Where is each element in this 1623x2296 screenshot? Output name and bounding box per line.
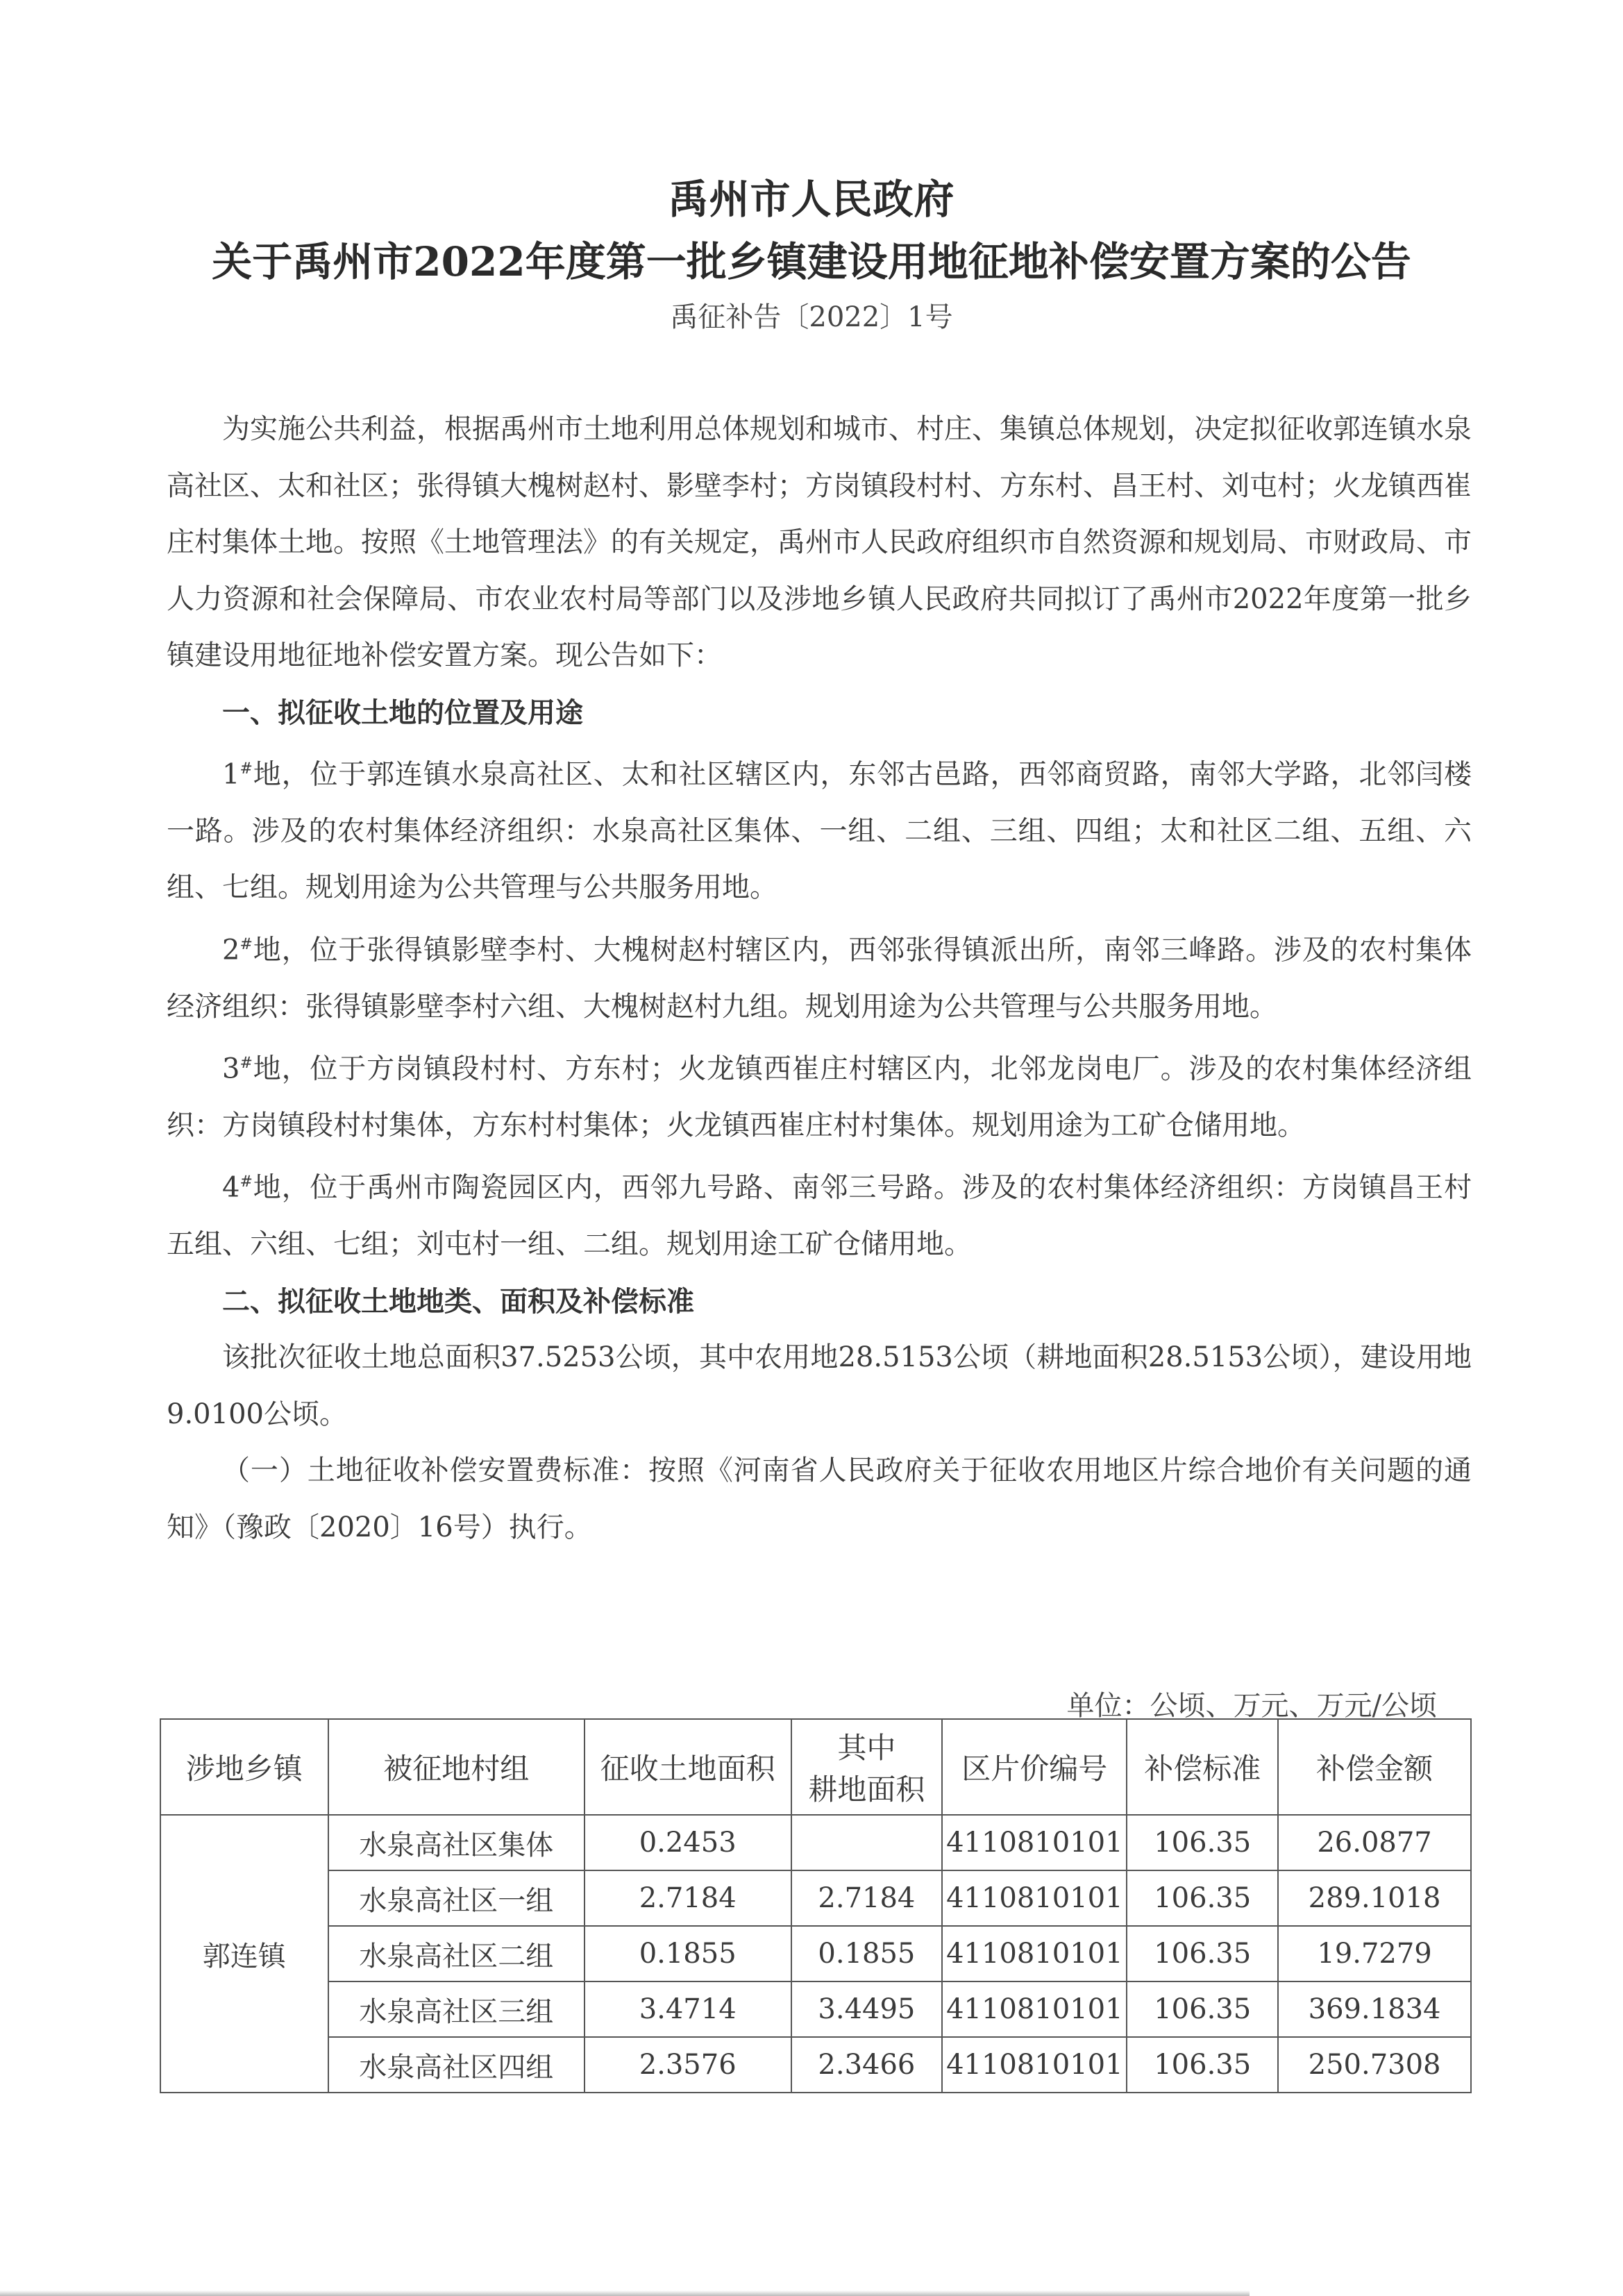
farmland-cell: 2.3466 bbox=[791, 2037, 943, 2093]
notice-title: 关于禹州市2022年度第一批乡镇建设用地征地补偿安置方案的公告 bbox=[0, 229, 1623, 287]
header-town: 涉地乡镇 bbox=[160, 1719, 328, 1815]
code-cell: 4110810101 bbox=[942, 1981, 1127, 2037]
table-unit-label: 单位：公顷、万元、万元/公顷 bbox=[1067, 1684, 1437, 1723]
parcel-2-paragraph: 2#地，位于张得镇影壁李村、大槐树赵村辖区内，西邻张得镇派出所，南邻三峰路。涉及… bbox=[167, 916, 1472, 1035]
area-paragraph: 该批次征收土地总面积37.5253公顷，其中农用地28.5153公顷（耕地面积2… bbox=[167, 1330, 1472, 1443]
header-amount: 补偿金额 bbox=[1278, 1719, 1471, 1815]
header-standard: 补偿标准 bbox=[1127, 1719, 1278, 1815]
parcel-mark: # bbox=[239, 1173, 252, 1191]
standard-paragraph: （一）土地征收补偿安置费标准：按照《河南省人民政府关于征收农用地区片综合地价有关… bbox=[167, 1443, 1472, 1556]
parcel-1-paragraph: 1#地，位于郭连镇水泉高社区、太和社区辖区内，东邻古邑路，西邻商贸路，南邻大学路… bbox=[167, 741, 1472, 916]
amount-cell: 289.1018 bbox=[1278, 1870, 1471, 1926]
parcel-1-text: 地，位于郭连镇水泉高社区、太和社区辖区内，东邻古邑路，西邻商贸路，南邻大学路，北… bbox=[167, 758, 1472, 903]
group-cell: 水泉高社区二组 bbox=[328, 1926, 585, 1981]
amount-cell: 369.1834 bbox=[1278, 1981, 1471, 2037]
section2-heading: 二、拟征收土地地类、面积及补偿标准 bbox=[167, 1273, 1472, 1330]
parcel-3-paragraph: 3#地，位于方岗镇段村村、方东村；火龙镇西崔庄村辖区内，北邻龙岗电厂。涉及的农村… bbox=[167, 1035, 1472, 1154]
table-row: 水泉高社区二组 0.1855 0.1855 4110810101 106.35 … bbox=[160, 1926, 1471, 1981]
table-row: 水泉高社区三组 3.4714 3.4495 4110810101 106.35 … bbox=[160, 1981, 1471, 2037]
code-cell: 4110810101 bbox=[942, 1926, 1127, 1981]
area-cell: 2.7184 bbox=[585, 1870, 791, 1926]
standard-cell: 106.35 bbox=[1127, 1981, 1278, 2037]
standard-cell: 106.35 bbox=[1127, 1815, 1278, 1870]
farmland-cell: 3.4495 bbox=[791, 1981, 943, 2037]
compensation-table: 涉地乡镇 被征地村组 征收土地面积 其中耕地面积 区片价编号 补偿标准 补偿金额… bbox=[160, 1718, 1472, 2093]
table-row: 水泉高社区一组 2.7184 2.7184 4110810101 106.35 … bbox=[160, 1870, 1471, 1926]
farmland-cell: 2.7184 bbox=[791, 1870, 943, 1926]
group-cell: 水泉高社区三组 bbox=[328, 1981, 585, 2037]
group-cell: 水泉高社区四组 bbox=[328, 2037, 585, 2093]
area-cell: 3.4714 bbox=[585, 1981, 791, 2037]
group-cell: 水泉高社区集体 bbox=[328, 1815, 585, 1870]
intro-paragraph: 为实施公共利益，根据禹州市土地利用总体规划和城市、村庄、集镇总体规划，决定拟征收… bbox=[167, 401, 1472, 685]
amount-cell: 250.7308 bbox=[1278, 2037, 1471, 2093]
header-farmland-bottom: 耕地面积 bbox=[792, 1767, 942, 1809]
area-cell: 0.2453 bbox=[585, 1815, 791, 1870]
header-code: 区片价编号 bbox=[942, 1719, 1127, 1815]
intro-section: 为实施公共利益，根据禹州市土地利用总体规划和城市、村庄、集镇总体规划，决定拟征收… bbox=[167, 401, 1472, 1556]
scan-edge-shadow bbox=[0, 2290, 1250, 2296]
parcel-3-text: 地，位于方岗镇段村村、方东村；火龙镇西崔庄村辖区内，北邻龙岗电厂。涉及的农村集体… bbox=[167, 1053, 1472, 1141]
group-cell: 水泉高社区一组 bbox=[328, 1870, 585, 1926]
header-area: 征收土地面积 bbox=[585, 1719, 791, 1815]
issuer-title: 禹州市人民政府 bbox=[0, 167, 1623, 225]
code-cell: 4110810101 bbox=[942, 2037, 1127, 2093]
parcel-2-text: 地，位于张得镇影壁李村、大槐树赵村辖区内，西邻张得镇派出所，南邻三峰路。涉及的农… bbox=[167, 934, 1472, 1023]
section1-heading: 一、拟征收土地的位置及用途 bbox=[167, 685, 1472, 741]
parcel-2-number: 2 bbox=[222, 934, 239, 966]
parcel-4-text: 地，位于禹州市陶瓷园区内，西邻九号路、南邻三号路。涉及的农村集体经济组织：方岗镇… bbox=[167, 1172, 1472, 1261]
parcel-4-number: 4 bbox=[222, 1172, 239, 1204]
parcel-mark: # bbox=[239, 936, 252, 953]
table-row: 郭连镇 水泉高社区集体 0.2453 4110810101 106.35 26.… bbox=[160, 1815, 1471, 1870]
town-cell: 郭连镇 bbox=[160, 1815, 328, 2093]
parcel-mark: # bbox=[239, 1055, 252, 1072]
farmland-cell: 0.1855 bbox=[791, 1926, 943, 1981]
parcel-mark: # bbox=[239, 760, 252, 778]
table-row: 水泉高社区四组 2.3576 2.3466 4110810101 106.35 … bbox=[160, 2037, 1471, 2093]
document-number: 禹征补告〔2022〕1号 bbox=[0, 295, 1623, 335]
header-group: 被征地村组 bbox=[328, 1719, 585, 1815]
table-header-row: 涉地乡镇 被征地村组 征收土地面积 其中耕地面积 区片价编号 补偿标准 补偿金额 bbox=[160, 1719, 1471, 1815]
area-cell: 2.3576 bbox=[585, 2037, 791, 2093]
farmland-cell bbox=[791, 1815, 943, 1870]
code-cell: 4110810101 bbox=[942, 1870, 1127, 1926]
header-farmland-top: 其中 bbox=[792, 1725, 942, 1767]
parcel-3-number: 3 bbox=[222, 1053, 239, 1084]
amount-cell: 19.7279 bbox=[1278, 1926, 1471, 1981]
area-cell: 0.1855 bbox=[585, 1926, 791, 1981]
document-page: 禹州市人民政府 关于禹州市2022年度第一批乡镇建设用地征地补偿安置方案的公告 … bbox=[0, 0, 1623, 2296]
standard-cell: 106.35 bbox=[1127, 2037, 1278, 2093]
parcel-4-paragraph: 4#地，位于禹州市陶瓷园区内，西邻九号路、南邻三号路。涉及的农村集体经济组织：方… bbox=[167, 1154, 1472, 1273]
standard-cell: 106.35 bbox=[1127, 1870, 1278, 1926]
header-farmland: 其中耕地面积 bbox=[791, 1719, 943, 1815]
parcel-1-number: 1 bbox=[222, 758, 239, 790]
standard-cell: 106.35 bbox=[1127, 1926, 1278, 1981]
amount-cell: 26.0877 bbox=[1278, 1815, 1471, 1870]
code-cell: 4110810101 bbox=[942, 1815, 1127, 1870]
